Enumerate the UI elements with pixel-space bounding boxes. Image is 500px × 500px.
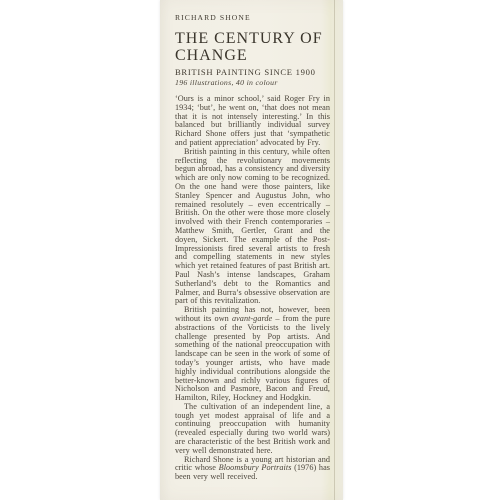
book-jacket-flap: RICHARD SHONE THE CENTURY OF CHANGE BRIT… xyxy=(160,0,343,500)
book-title-line-2: CHANGE xyxy=(175,48,330,65)
illustrations-note: 196 illustrations, 40 in colour xyxy=(175,78,330,88)
blurb-paragraph: British painting has not, however, been … xyxy=(175,306,330,403)
flap-content: RICHARD SHONE THE CENTURY OF CHANGE BRIT… xyxy=(160,0,343,500)
blurb-paragraph: The cultivation of an independent line, … xyxy=(175,403,330,456)
book-title: THE CENTURY OF CHANGE xyxy=(175,31,330,64)
blurb-paragraph: British painting in this century, while … xyxy=(175,148,330,306)
book-title-line-1: THE CENTURY OF xyxy=(175,31,330,48)
photo-background: RICHARD SHONE THE CENTURY OF CHANGE BRIT… xyxy=(0,0,500,500)
blurb-text: ‘Ours is a minor school,’ said Roger Fry… xyxy=(175,95,330,482)
author-name: RICHARD SHONE xyxy=(175,13,330,22)
book-subtitle: BRITISH PAINTING SINCE 1900 xyxy=(175,67,330,77)
blurb-paragraph: Richard Shone is a young art historian a… xyxy=(175,456,330,482)
blurb-paragraph: ‘Ours is a minor school,’ said Roger Fry… xyxy=(175,95,330,148)
